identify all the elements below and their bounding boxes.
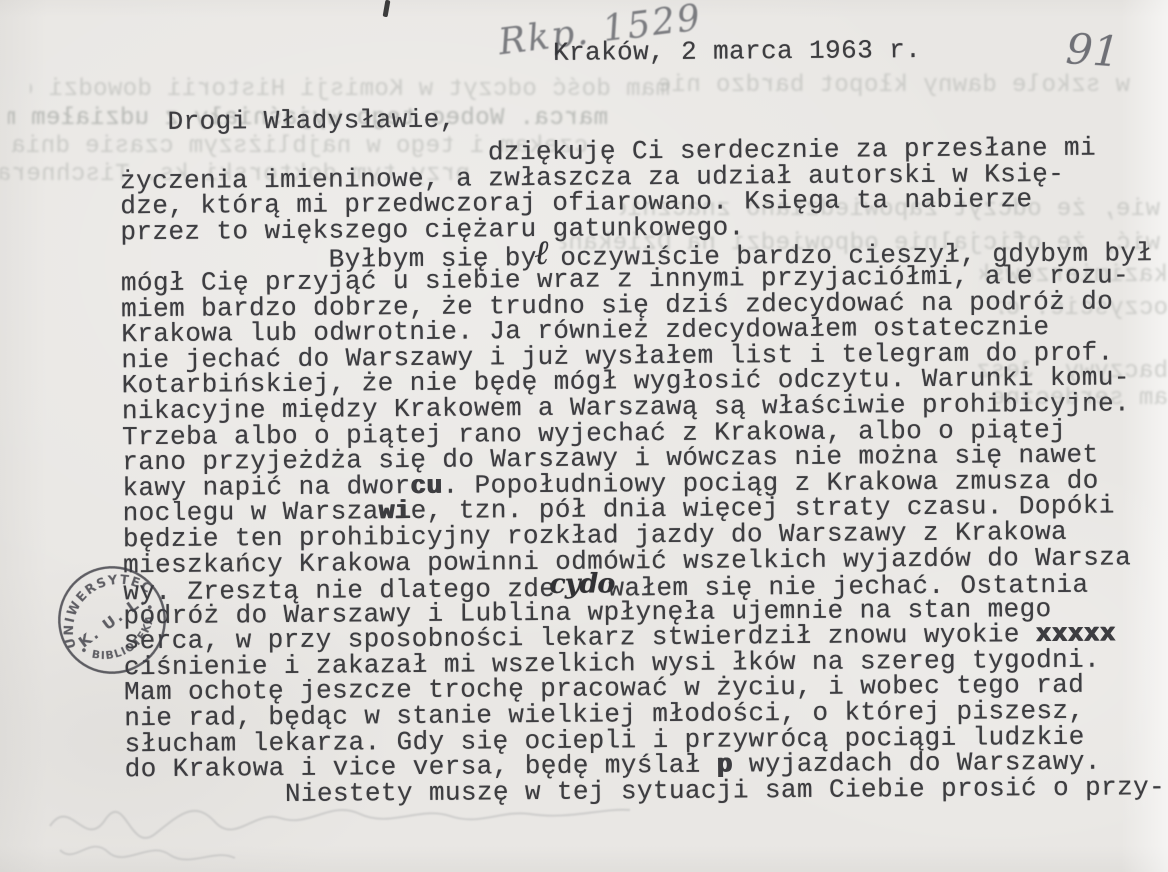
- handwritten-correction: cydo: [549, 569, 614, 601]
- letter-page: mam dość odczyt w Komisji Historii dowod…: [0, 0, 1168, 872]
- typed-letter: Kraków, 2 marca 1963 r. Drogi Władysławi…: [119, 35, 1167, 809]
- pencil-scribble: [30, 778, 690, 870]
- handwritten-correction: ℓ: [535, 233, 549, 273]
- letter-body: dziękuję Ci serdecznie za przesłane miży…: [120, 135, 1167, 809]
- ink-mark: [383, 0, 391, 17]
